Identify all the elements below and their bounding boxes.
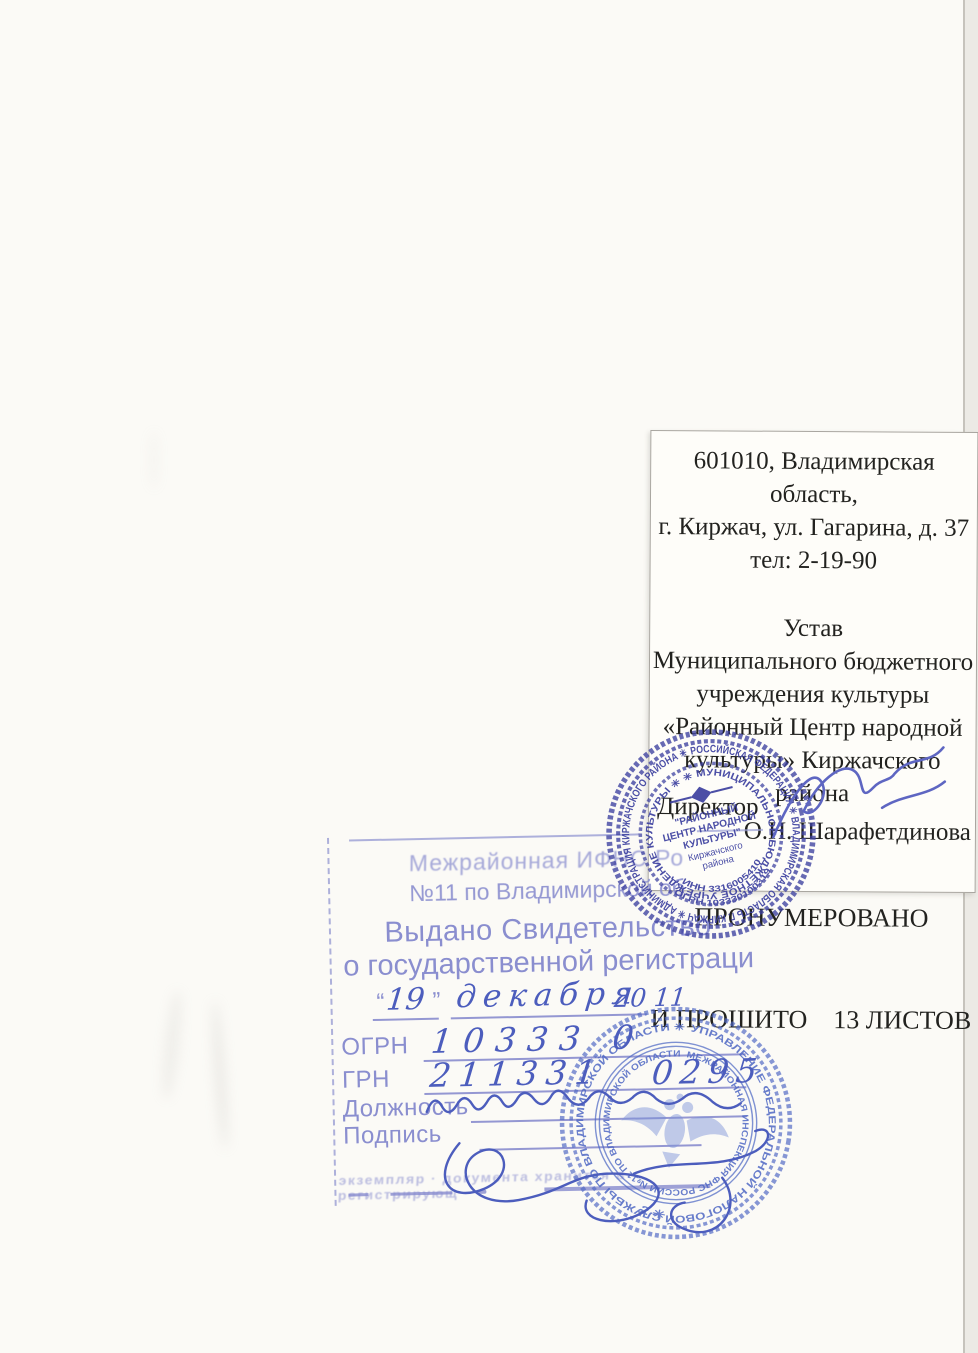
svg-text:2 ✳: 2 ✳ xyxy=(638,1203,667,1222)
ogrn-label: ОГРН xyxy=(341,1032,409,1061)
signature-label: Подпись xyxy=(343,1121,442,1151)
address-line: 601010, Владимирская область, xyxy=(651,444,977,512)
address-line: г. Киржач, ул. Гагарина, д. 37 xyxy=(651,510,977,545)
scan-smudge xyxy=(159,990,184,1101)
address-block: 601010, Владимирская область, г. Киржач,… xyxy=(651,444,978,578)
seal-bottom-text: 2 ✳ xyxy=(638,1203,667,1222)
stamp-border-top xyxy=(349,833,639,841)
scan-smudge xyxy=(150,430,158,490)
scan-smudge xyxy=(210,1000,230,1150)
tax-seal: УПРАВЛЕНИЕ ФЕДЕРАЛЬНОЙ НАЛОГОВОЙ СЛУЖБЫ … xyxy=(538,985,815,1262)
charter-title-line: Устав xyxy=(650,611,976,646)
date-close-quote: ” xyxy=(432,988,441,1016)
date-day-line xyxy=(373,1018,439,1021)
address-line: тел: 2-19-90 xyxy=(651,543,977,578)
charter-title-line: учреждения культуры xyxy=(650,677,976,712)
scanned-page: 601010, Владимирская область, г. Киржач,… xyxy=(0,0,978,1353)
date-open-quote: “ xyxy=(376,989,385,1017)
stamp-mark xyxy=(348,1193,368,1196)
position-label: Должность xyxy=(342,1093,469,1124)
double-eagle-emblem xyxy=(615,1085,734,1176)
grn-label: ГРН xyxy=(342,1066,390,1095)
charter-title-line: Муниципального бюджетного xyxy=(650,644,976,679)
stamp-mark xyxy=(478,1190,486,1194)
